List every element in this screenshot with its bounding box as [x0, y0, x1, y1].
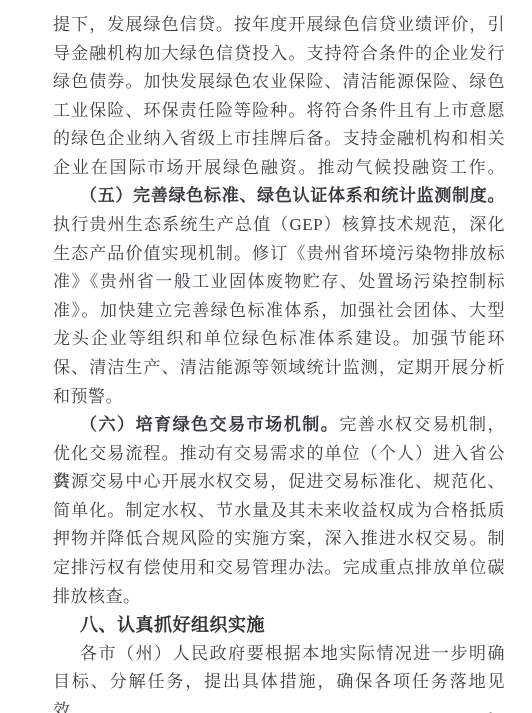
text-line: 工业保险、环保责任险等险种。将符合条件且有上市意愿 — [53, 97, 505, 126]
text-line: 提下，发展绿色信贷。按年度开展绿色信贷业绩评价，引 — [53, 11, 505, 40]
text-line: 导金融机构加大绿色信贷投入。支持符合条件的企业发行 — [53, 40, 505, 69]
text-line: 押物并降低合规风险的实施方案，深入推进水权交易。制 — [53, 525, 505, 554]
text-line: 目标、分解任务，提出具体措施，确保各项任务落地见效。 — [53, 668, 505, 697]
text-line: 准》《贵州省一般工业固体废物贮存、处置场污染控制标 — [53, 268, 505, 297]
section-8-heading: 八、认真抓好组织实施 — [53, 611, 505, 640]
section-6-heading-line: （六）培育绿色交易市场机制。完善水权交易机制， — [53, 411, 505, 440]
text-segment: 完善水权交易机制， — [339, 415, 505, 434]
paragraph-end-line: 和预警。 — [53, 383, 505, 412]
section-6-heading-text: （六）培育绿色交易市场机制。 — [80, 415, 339, 434]
text-line: 简单化。制定水权、节水量及其未来收益权成为合格抵质 — [53, 497, 505, 526]
text-line: 优化交易流程。推动有交易需求的单位（个人）进入省公共 — [53, 440, 505, 469]
text-line: 资源交易中心开展水权交易，促进交易标准化、规范化、 — [53, 468, 505, 497]
text-line: 生态产品价值实现机制。修订《贵州省环境污染物排放标 — [53, 240, 505, 269]
section-5-heading-text: （五）完善绿色标准、绿色认证体系和统计监测制度。 — [80, 186, 505, 205]
text-line: 定排污权有偿使用和交易管理办法。完成重点排放单位碳 — [53, 554, 505, 583]
text-line: 龙头企业等组织和单位绿色标准体系建设。加强节能环 — [53, 325, 505, 354]
section-8-heading-text: 八、认真抓好组织实施 — [80, 615, 265, 635]
text-line: 绿色债券。加快发展绿色农业保险、清洁能源保险、绿色 — [53, 68, 505, 97]
text-line: 各市（州）人民政府要根据本地实际情况进一步明确 — [53, 640, 505, 669]
section-5-heading: （五）完善绿色标准、绿色认证体系和统计监测制度。 — [53, 182, 505, 211]
text-line: 执行贵州生态系统生产总值（GEP）核算技术规范，深化 — [53, 211, 505, 240]
paragraph-end-line: 排放核查。 — [53, 583, 505, 612]
text-line: 保、清洁生产、清洁能源等领域统计监测，定期开展分析 — [53, 354, 505, 383]
text-line: 企业在国际市场开展绿色融资。推动气候投融资工作。 — [53, 154, 505, 183]
text-line: 准》。加快建立完善绿色标准体系，加强社会团体、大型 — [53, 297, 505, 326]
document-page: 提下，发展绿色信贷。按年度开展绿色信贷业绩评价，引 导金融机构加大绿色信贷投入。… — [0, 0, 532, 713]
text-line: 的绿色企业纳入省级上市挂牌后备。支持金融机构和相关 — [53, 125, 505, 154]
